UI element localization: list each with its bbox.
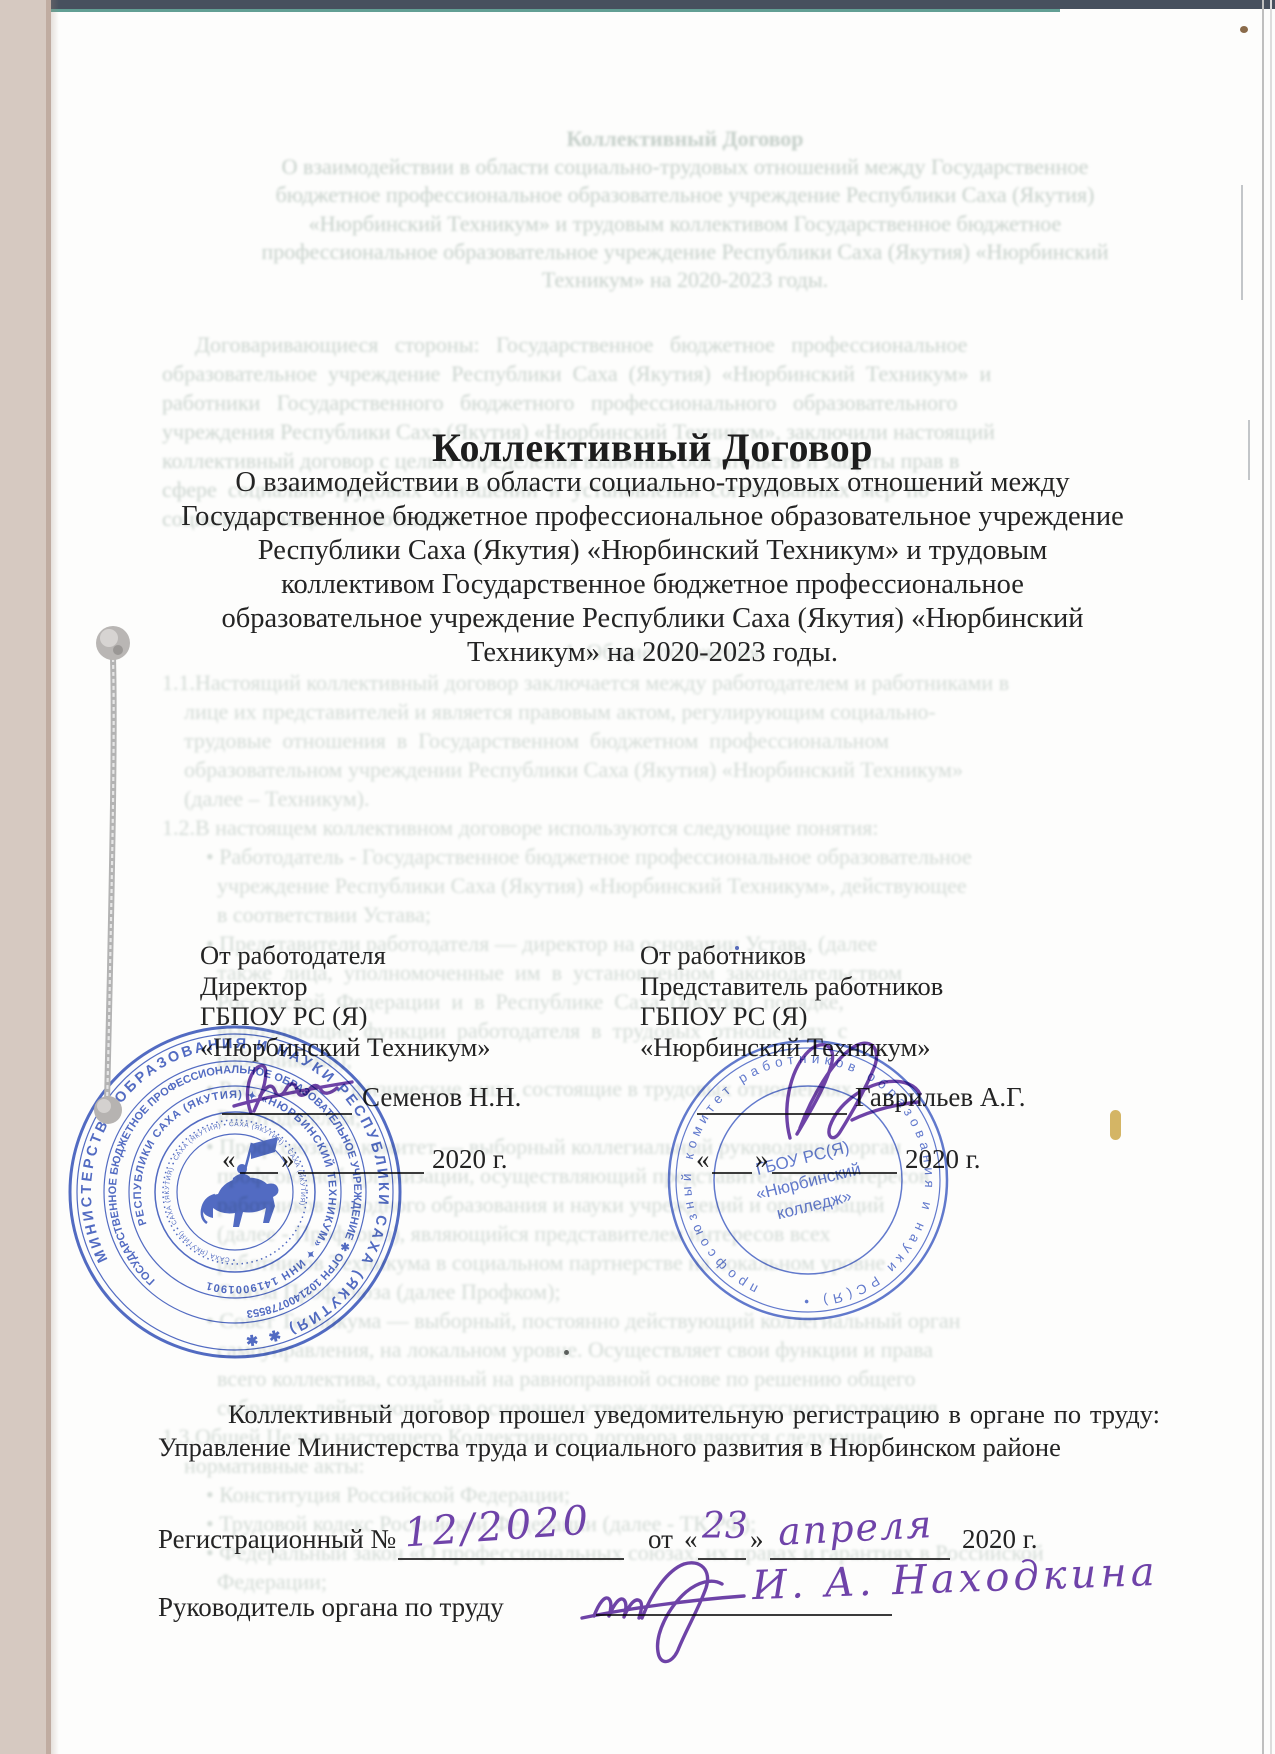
cord-knot-bead <box>96 626 130 660</box>
cord-end-bead <box>94 1096 122 1124</box>
binding-cord <box>80 610 150 1130</box>
registration-day-handwritten: 23 <box>702 1506 748 1547</box>
employer-signature <box>234 1066 352 1113</box>
registration-month-handwritten: апреля <box>777 1502 934 1554</box>
labor-head-signature <box>582 1563 744 1662</box>
workers-signature <box>787 1043 920 1138</box>
handwritten-signatures-layer <box>0 0 1275 1754</box>
scanned-document-page: Коллективный ДоговорО взаимодействии в о… <box>0 0 1275 1754</box>
